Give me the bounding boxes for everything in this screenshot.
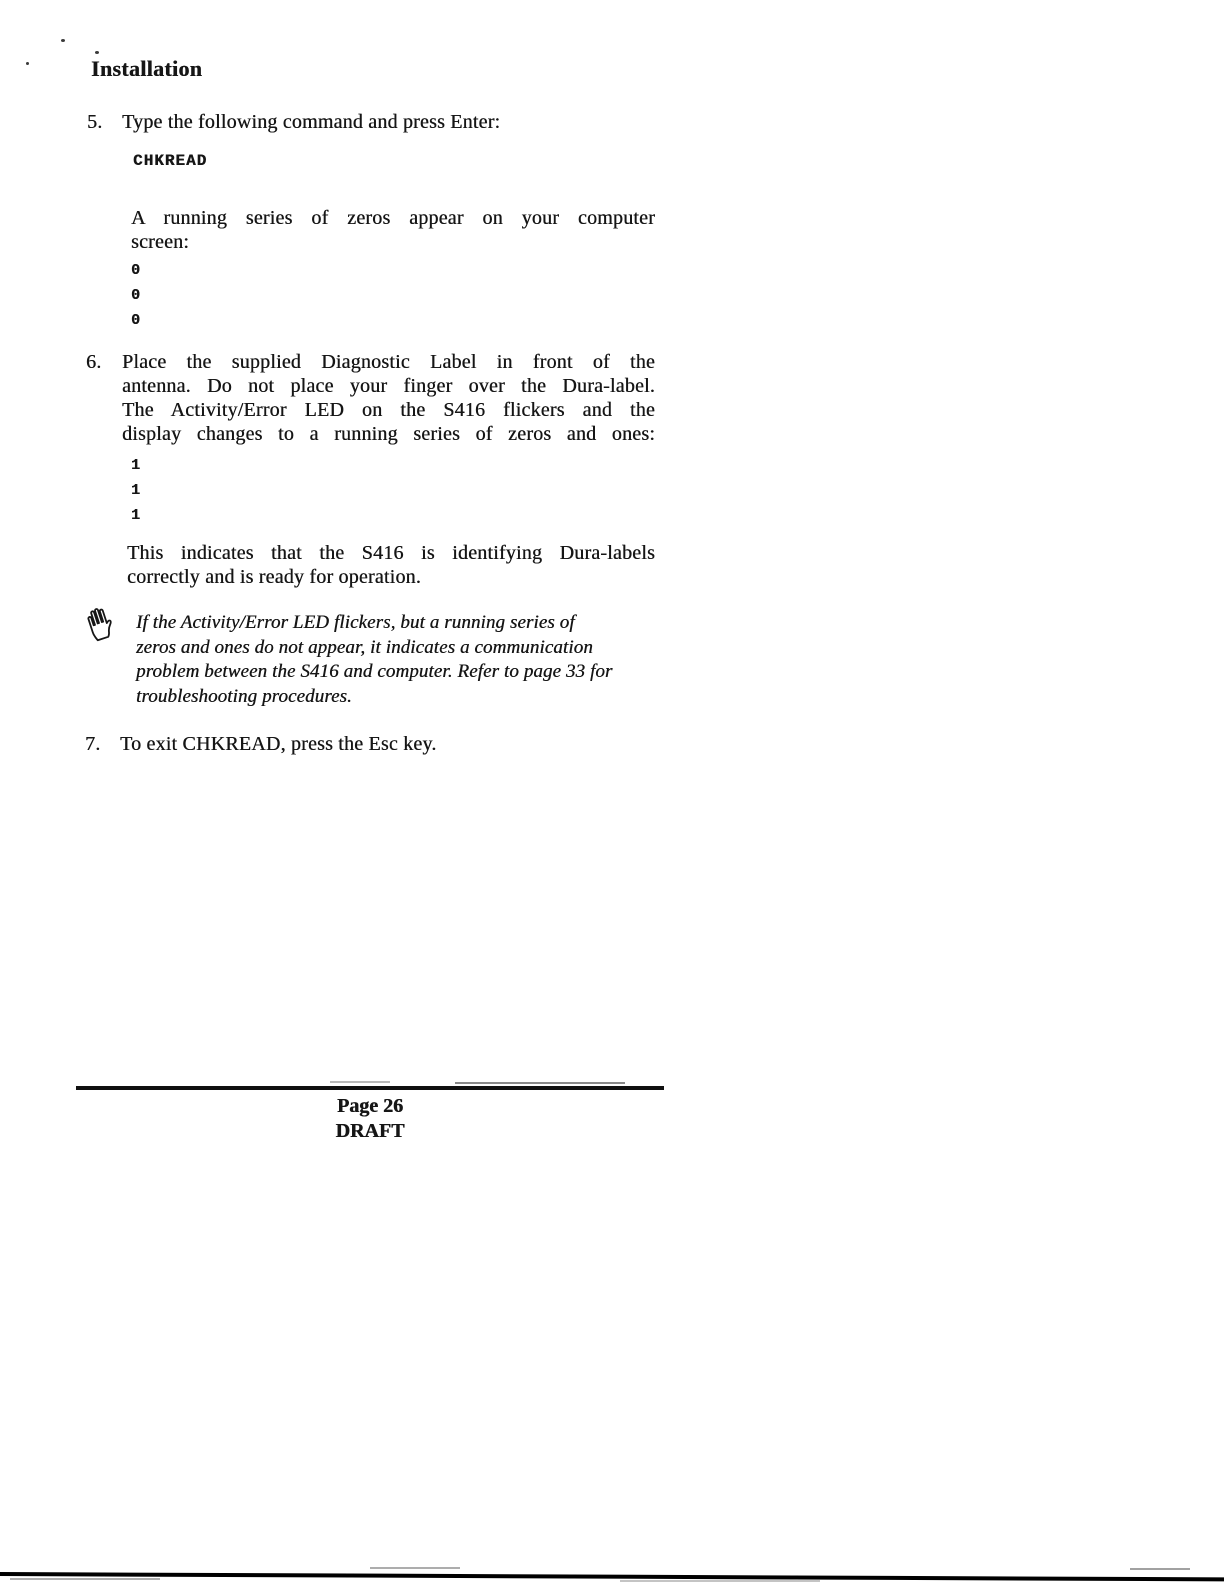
note-line: troubleshooting procedures.	[136, 685, 656, 710]
scan-speck	[61, 39, 65, 42]
paragraph-line: screen:	[131, 230, 655, 254]
step-7-text: To exit CHKREAD, press the Esc key.	[120, 732, 436, 756]
scan-artifact	[370, 1567, 460, 1569]
paragraph-line: antenna. Do not place your finger over t…	[122, 374, 655, 398]
installation-heading: Installation	[91, 56, 202, 82]
draft-label: DRAFT	[76, 1119, 664, 1144]
hand-icon	[82, 605, 118, 643]
note-line: If the Activity/Error LED flickers, but …	[136, 611, 656, 636]
footer: Page 26 DRAFT	[76, 1094, 664, 1144]
paragraph-line: The Activity/Error LED on the S416 flick…	[122, 398, 655, 422]
paragraph-line: This indicates that the S416 is identify…	[127, 541, 655, 565]
command-text: CHKREAD	[133, 152, 207, 170]
console-zeros-output: 0 0 0	[131, 258, 140, 333]
scan-artifact	[330, 1081, 390, 1083]
console-output-line: 0	[131, 258, 140, 283]
step-5-text: Type the following command and press Ent…	[122, 110, 500, 134]
console-ones-output: 1 1 1	[131, 453, 140, 528]
console-output-line: 1	[131, 478, 140, 503]
note-line: problem between the S416 and computer. R…	[136, 660, 656, 685]
scan-artifact	[620, 1580, 820, 1582]
scan-speck	[26, 62, 29, 65]
note-line: zeros and ones do not appear, it indicat…	[136, 636, 656, 661]
console-output-line: 1	[131, 453, 140, 478]
scanned-manual-page: Installation 5. Type the following comma…	[0, 0, 1224, 1584]
zeros-intro-paragraph: A running series of zeros appear on your…	[131, 206, 655, 254]
page-number-label: Page 26	[76, 1094, 664, 1119]
step-5-number: 5.	[87, 110, 102, 134]
console-output-line: 1	[131, 503, 140, 528]
paragraph-line: display changes to a running series of z…	[122, 422, 655, 446]
step-7-number: 7.	[85, 732, 100, 756]
scan-speck	[95, 51, 99, 54]
step-6-number: 6.	[86, 350, 101, 374]
paragraph-line: Place the supplied Diagnostic Label in f…	[122, 350, 655, 374]
footer-rule	[76, 1086, 664, 1090]
scan-artifact	[10, 1578, 160, 1580]
step-6-text: Place the supplied Diagnostic Label in f…	[122, 350, 655, 446]
scan-artifact	[455, 1082, 625, 1084]
note: If the Activity/Error LED flickers, but …	[136, 611, 656, 709]
page-bottom-scan-line	[0, 1572, 1224, 1581]
console-output-line: 0	[131, 283, 140, 308]
result-paragraph: This indicates that the S416 is identify…	[127, 541, 655, 589]
paragraph-line: correctly and is ready for operation.	[127, 565, 655, 589]
console-output-line: 0	[131, 308, 140, 333]
scan-artifact	[1130, 1568, 1190, 1570]
paragraph-line: A running series of zeros appear on your…	[131, 206, 655, 230]
